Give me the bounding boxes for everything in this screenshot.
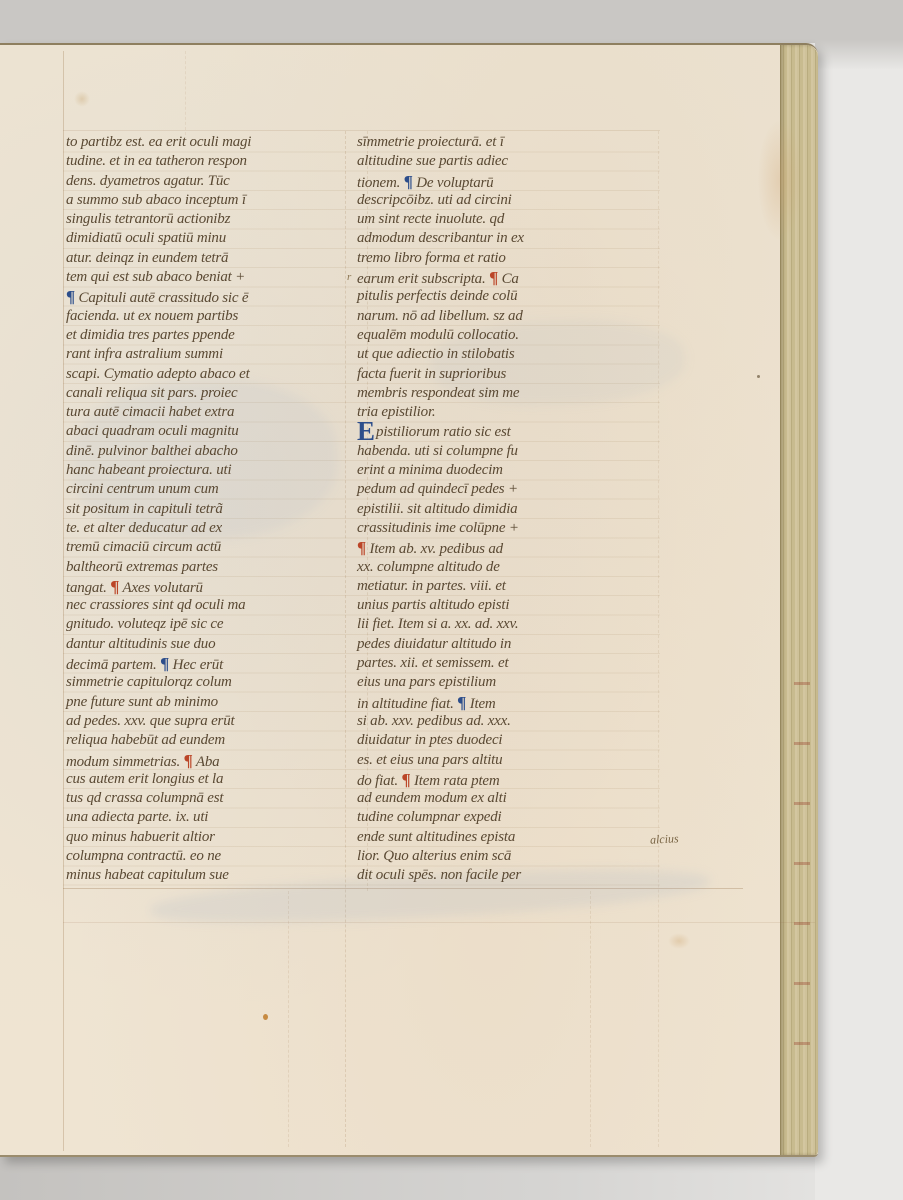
text-segment: xx. columpne altitudo de (357, 559, 500, 575)
text-segment: tremū cimaciū circum actū (66, 539, 221, 555)
text-segment: tionem. (357, 175, 404, 191)
manuscript-text-line: et dimidia tres partes ppende (66, 326, 338, 345)
manuscript-text-line: dit oculi spēs. non facile per (357, 866, 657, 885)
text-segment: atur. deinqz in eundem tetrā (66, 250, 228, 266)
ruling-right-margin (658, 131, 659, 1147)
text-segment: sit positum in capituli tetrã (66, 501, 223, 517)
manuscript-text-line: partes. xii. et semissem. et (357, 654, 657, 673)
manuscript-text-line: simmetrie capitulorqz colum (66, 673, 338, 692)
text-segment: epistilii. sit altitudo dimidia (357, 501, 517, 517)
text-segment: pedum ad quindecī pedes + (357, 481, 518, 497)
text-segment: a summo sub abaco inceptum ī (66, 192, 246, 208)
manuscript-text-line: narum. nō ad libellum. sz ad (357, 307, 657, 326)
text-segment: earum erit subscripta. (357, 271, 489, 287)
text-segment: narum. nō ad libellum. sz ad (357, 308, 523, 324)
manuscript-text-line: si ab. xxv. pedibus ad. xxx. (357, 712, 657, 731)
manuscript-page: to partibz est. ea erit oculi magitudine… (0, 43, 818, 1157)
paraph-mark: ¶ (357, 538, 366, 557)
manuscript-text-line: canali reliqua sit pars. proiec (66, 384, 338, 403)
manuscript-text-line: altitudine sue partis adiec (357, 152, 657, 171)
text-segment: um sint recte inuolute. qd (357, 211, 504, 227)
text-segment: es. et eius una pars altitu (357, 752, 502, 768)
paraph-mark: ¶ (404, 172, 413, 191)
text-segment: dinē. pulvinor balthei abacho (66, 443, 238, 459)
text-segment: Hec erūt (169, 657, 223, 673)
text-segment: tangat. (66, 580, 110, 596)
manuscript-text-line: to partibz est. ea erit oculi magi (66, 133, 338, 152)
manuscript-text-line: membris respondeat sim me (357, 384, 657, 403)
text-segment: partes. xii. et semissem. et (357, 655, 508, 671)
manuscript-text-line: dens. dyametros agatur. Tūc (66, 172, 338, 191)
manuscript-text-line: epistilii. sit altitudo dimidia (357, 500, 657, 519)
text-segment: modum simmetrias. (66, 754, 184, 770)
text-segment: hanc habeant proiectura. uti (66, 462, 232, 478)
text-segment: et dimidia tres partes ppende (66, 327, 235, 343)
manuscript-text-line: eius una pars epistilium (357, 673, 657, 692)
text-segment: tus qd crassa columpnā est (66, 790, 223, 806)
text-segment: rant infra astralium summi (66, 346, 223, 362)
text-segment: canali reliqua sit pars. proiec (66, 385, 237, 401)
manuscript-text-line: ad eundem modum ex alti (357, 789, 657, 808)
ruling-top-crease (185, 51, 186, 135)
manuscript-text-line: descripcōibz. uti ad circini (357, 191, 657, 210)
text-segment: tremo libro forma et ratio (357, 250, 506, 266)
text-segment: scapi. Cymatio adepto abaco et (66, 366, 250, 382)
photo-backdrop-top (0, 0, 903, 43)
manuscript-text-line: do fiat. ¶ Item rata ptem (357, 770, 657, 789)
text-segment: tudine columpnar expedi (357, 809, 502, 825)
text-segment: unius partis altitudo episti (357, 597, 509, 613)
text-segment: te. et alter deducatur ad ex (66, 520, 222, 536)
manuscript-text-line: columpna contractū. eo ne (66, 847, 338, 866)
manuscript-text-line: reliqua habebūt ad eundem (66, 731, 338, 750)
text-segment: ut que adiectio in stilobatis (357, 346, 515, 362)
text-segment: De voluptarū (413, 175, 494, 191)
manuscript-text-line: cus autem erit longius et la (66, 770, 338, 789)
text-segment: pne future sunt ab minimo (66, 694, 218, 710)
manuscript-text-line: tria epistilior. (357, 403, 657, 422)
text-column-right: sīmmetrie proiecturā. et īaltitudine sue… (357, 133, 657, 886)
manuscript-text-line: xx. columpne altitudo de (357, 558, 657, 577)
manuscript-text-line: tangat. ¶ Axes volutarū (66, 577, 338, 596)
manuscript-text-line: Epistiliorum ratio sic est (357, 422, 657, 441)
manuscript-text-line: tura autē cimacii habet extra (66, 403, 338, 422)
manuscript-text-line: erint a minima duodecim (357, 461, 657, 480)
manuscript-text-line: pedum ad quindecī pedes + (357, 480, 657, 499)
manuscript-text-line: ¶ Item ab. xv. pedibus ad (357, 538, 657, 557)
manuscript-text-line: tem qui est sub abaco beniat + (66, 268, 338, 287)
margin-note: alcius (650, 831, 679, 847)
text-segment: membris respondeat sim me (357, 385, 519, 401)
text-segment: lii fiet. Item si a. xx. ad. xxv. (357, 616, 518, 632)
manuscript-text-line: te. et alter deducatur ad ex (66, 519, 338, 538)
manuscript-text-line: ¶ Capituli autē crassitudo sic ē (66, 287, 338, 306)
text-segment: gnitudo. voluteqz ipē sic ce (66, 616, 223, 632)
manuscript-text-line: crassitudinis ime colūpne + (357, 519, 657, 538)
text-segment: Aba (193, 754, 220, 770)
paraph-mark: ¶ (66, 287, 75, 306)
text-segment: si ab. xxv. pedibus ad. xxx. (357, 713, 511, 729)
ruling-intercolumn-a (345, 131, 346, 1147)
text-segment: Ca (498, 271, 519, 287)
manuscript-text-line: es. et eius una pars altitu (357, 751, 657, 770)
text-segment: quo minus habuerit altior (66, 829, 215, 845)
text-segment: altitudine sue partis adiec (357, 153, 508, 169)
manuscript-text-line: a summo sub abaco inceptum ī (66, 191, 338, 210)
manuscript-text-line: earum erit subscripta. ¶ Ca (357, 268, 657, 287)
text-segment: equalēm modulū collocatio. (357, 327, 519, 343)
manuscript-text-line: tionem. ¶ De voluptarū (357, 172, 657, 191)
text-segment: pistiliorum ratio sic est (376, 424, 511, 440)
manuscript-text-line: atur. deinqz in eundem tetrā (66, 249, 338, 268)
manuscript-text-line: hanc habeant proiectura. uti (66, 461, 338, 480)
manuscript-text-line: baltheorū extremas partes (66, 558, 338, 577)
text-segment: Capituli autē crassitudo sic ē (75, 290, 248, 306)
ruling-top-line (63, 130, 660, 131)
text-segment: sīmmetrie proiecturā. et ī (357, 134, 504, 150)
fore-edge-speckle (794, 656, 810, 1078)
text-segment: Item (466, 696, 495, 712)
manuscript-text-line: tremū cimaciū circum actū (66, 538, 338, 557)
text-segment: dit oculi spēs. non facile per (357, 867, 521, 883)
manuscript-text-line: ut que adiectio in stilobatis (357, 345, 657, 364)
manuscript-text-line: tudine columpnar expedi (357, 808, 657, 827)
manuscript-text-line: gnitudo. voluteqz ipē sic ce (66, 615, 338, 634)
manuscript-text-line: singulis tetrantorū actionibz (66, 210, 338, 229)
margin-correction-mark: r (347, 271, 351, 283)
photo-backdrop-right (815, 0, 903, 1200)
text-column-left: to partibz est. ea erit oculi magitudine… (66, 133, 338, 886)
stain-spot (668, 933, 690, 949)
text-segment: habenda. uti si columpne fu (357, 443, 518, 459)
manuscript-text-line: tus qd crassa columpnā est (66, 789, 338, 808)
text-segment: singulis tetrantorū actionibz (66, 211, 230, 227)
manuscript-text-line: scapi. Cymatio adepto abaco et (66, 365, 338, 384)
stain-spot (74, 91, 90, 107)
manuscript-text-line: rant infra astralium summi (66, 345, 338, 364)
manuscript-text-line: dantur altitudinis sue duo (66, 635, 338, 654)
text-segment: metiatur. in partes. viii. et (357, 578, 506, 594)
manuscript-text-line: lii fiet. Item si a. xx. ad. xxv. (357, 615, 657, 634)
text-segment: cus autem erit longius et la (66, 771, 223, 787)
text-segment: simmetrie capitulorqz colum (66, 674, 232, 690)
paraph-mark: ¶ (110, 577, 119, 596)
manuscript-text-line: ende sunt altitudines epista (357, 828, 657, 847)
manuscript-text-line: metiatur. in partes. viii. et (357, 577, 657, 596)
manuscript-text-line: pne future sunt ab minimo (66, 693, 338, 712)
text-segment: una adiecta parte. ix. uti (66, 809, 208, 825)
manuscript-text-line: pedes diuidatur altitudo in (357, 635, 657, 654)
paraph-mark: ¶ (160, 654, 169, 673)
manuscript-text-line: um sint recte inuolute. qd (357, 210, 657, 229)
text-segment: abaci quadram oculi magnitu (66, 423, 239, 439)
text-segment: erint a minima duodecim (357, 462, 503, 478)
stain-spot (758, 120, 802, 240)
text-segment: nec crassiores sint qd oculi ma (66, 597, 245, 613)
text-segment: in altitudine fiat. (357, 696, 457, 712)
text-segment: lior. Quo alterius enim scā (357, 848, 511, 864)
manuscript-text-line: admodum describantur in ex (357, 229, 657, 248)
paraph-mark: ¶ (184, 751, 193, 770)
manuscript-text-line: unius partis altitudo episti (357, 596, 657, 615)
text-segment: decimā partem. (66, 657, 160, 673)
manuscript-text-line: circini centrum unum cum (66, 480, 338, 499)
manuscript-text-line: tudine. et in ea tatheron respon (66, 152, 338, 171)
text-segment: tura autē cimacii habet extra (66, 404, 234, 420)
text-segment: baltheorū extremas partes (66, 559, 218, 575)
manuscript-text-line: dinē. pulvinor balthei abacho (66, 442, 338, 461)
manuscript-text-line: decimā partem. ¶ Hec erūt (66, 654, 338, 673)
text-segment: Item rata ptem (410, 773, 499, 789)
photo-backdrop-bottom (0, 1152, 815, 1200)
text-segment: to partibz est. ea erit oculi magi (66, 134, 251, 150)
text-segment: diuidatur in ptes duodeci (357, 732, 502, 748)
manuscript-text-line: sīmmetrie proiecturā. et ī (357, 133, 657, 152)
paraph-mark: ¶ (489, 268, 498, 287)
manuscript-text-line: facta fuerit in suprioribus (357, 365, 657, 384)
manuscript-text-line: tremo libro forma et ratio (357, 249, 657, 268)
manuscript-text-line: facienda. ut ex nouem partibs (66, 307, 338, 326)
manuscript-photo: to partibz est. ea erit oculi magitudine… (0, 0, 903, 1200)
ink-dot (757, 375, 760, 378)
manuscript-text-line: diuidatur in ptes duodeci (357, 731, 657, 750)
manuscript-text-line: pitulis perfectis deinde colū (357, 287, 657, 306)
text-segment: circini centrum unum cum (66, 481, 219, 497)
text-segment: minus habeat capitulum sue (66, 867, 229, 883)
text-segment: tudine. et in ea tatheron respon (66, 153, 247, 169)
text-segment: ende sunt altitudines epista (357, 829, 515, 845)
manuscript-text-line: minus habeat capitulum sue (66, 866, 338, 885)
text-segment: reliqua habebūt ad eundem (66, 732, 225, 748)
text-segment: ad eundem modum ex alti (357, 790, 507, 806)
manuscript-text-line: habenda. uti si columpne fu (357, 442, 657, 461)
text-segment: descripcōibz. uti ad circini (357, 192, 512, 208)
ruling-lower-left (288, 891, 289, 1147)
manuscript-text-line: abaci quadram oculi magnitu (66, 422, 338, 441)
manuscript-text-line: quo minus habuerit altior (66, 828, 338, 847)
manuscript-text-line: sit positum in capituli tetrã (66, 500, 338, 519)
manuscript-text-line: modum simmetrias. ¶ Aba (66, 751, 338, 770)
manuscript-text-line: in altitudine fiat. ¶ Item (357, 693, 657, 712)
text-segment: Item ab. xv. pedibus ad (366, 541, 503, 557)
text-segment: facta fuerit in suprioribus (357, 366, 506, 382)
text-segment: admodum describantur in ex (357, 230, 524, 246)
text-segment: pitulis perfectis deinde colū (357, 288, 517, 304)
text-segment: dens. dyametros agatur. Tūc (66, 173, 230, 189)
manuscript-text-line: una adiecta parte. ix. uti (66, 808, 338, 827)
text-segment: crassitudinis ime colūpne + (357, 520, 519, 536)
text-segment: Axes volutarū (119, 580, 203, 596)
text-segment: facienda. ut ex nouem partibs (66, 308, 238, 324)
text-segment: eius una pars epistilium (357, 674, 496, 690)
manuscript-text-line: nec crassiores sint qd oculi ma (66, 596, 338, 615)
ruling-left-margin (63, 51, 64, 1151)
manuscript-text-line: ad pedes. xxv. que supra erūt (66, 712, 338, 731)
paraph-mark: ¶ (457, 693, 466, 712)
text-segment: pedes diuidatur altitudo in (357, 636, 511, 652)
text-segment: do fiat. (357, 773, 401, 789)
text-segment: columpna contractū. eo ne (66, 848, 221, 864)
text-segment: dantur altitudinis sue duo (66, 636, 215, 652)
text-segment: tem qui est sub abaco beniat + (66, 269, 245, 285)
manuscript-text-line: dimidiatū oculi spatiū minu (66, 229, 338, 248)
text-segment: dimidiatū oculi spatiū minu (66, 230, 226, 246)
orange-speck (263, 1014, 268, 1020)
text-segment: ad pedes. xxv. que supra erūt (66, 713, 234, 729)
ruling-lower-center (590, 891, 591, 1147)
manuscript-text-line: equalēm modulū collocatio. (357, 326, 657, 345)
ruling-bottom-line-2 (63, 922, 815, 923)
manuscript-text-line: lior. Quo alterius enim scā (357, 847, 657, 866)
